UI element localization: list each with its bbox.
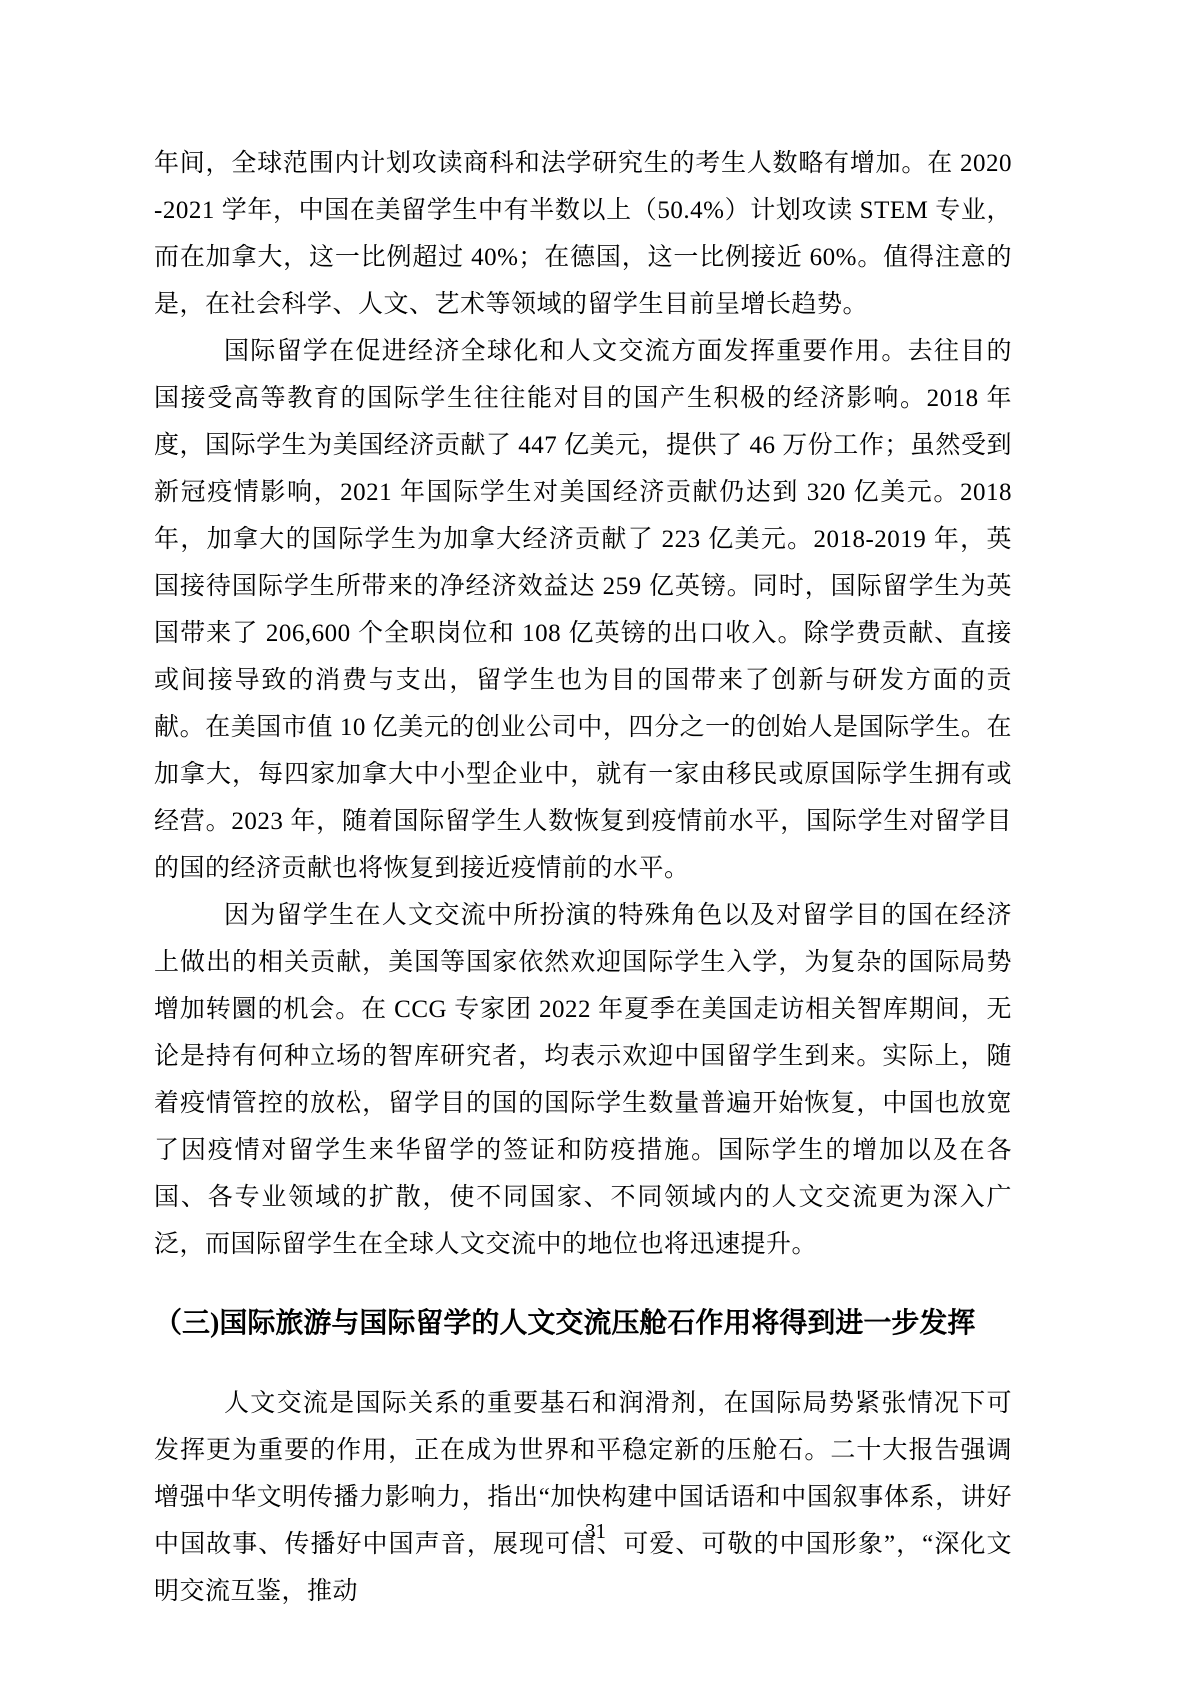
paragraph: 因为留学生在人文交流中所扮演的特殊角色以及对留学目的国在经济上做出的相关贡献，美… xyxy=(154,892,1012,1268)
document-page: 年间，全球范围内计划攻读商科和法学研究生的考生人数略有增加。在 2020-202… xyxy=(0,0,1191,1684)
section-heading: （三)国际旅游与国际留学的人文交流压舱石作用将得到进一步发挥 xyxy=(154,1302,1012,1346)
page-number: 31 xyxy=(0,1516,1191,1546)
paragraph: 国际留学在促进经济全球化和人文交流方面发挥重要作用。去往目的国接受高等教育的国际… xyxy=(154,328,1012,892)
paragraph: 年间，全球范围内计划攻读商科和法学研究生的考生人数略有增加。在 2020-202… xyxy=(154,140,1012,328)
page-body: 年间，全球范围内计划攻读商科和法学研究生的考生人数略有增加。在 2020-202… xyxy=(154,140,1012,1615)
paragraph: 人文交流是国际关系的重要基石和润滑剂，在国际局势紧张情况下可发挥更为重要的作用，… xyxy=(154,1380,1012,1615)
